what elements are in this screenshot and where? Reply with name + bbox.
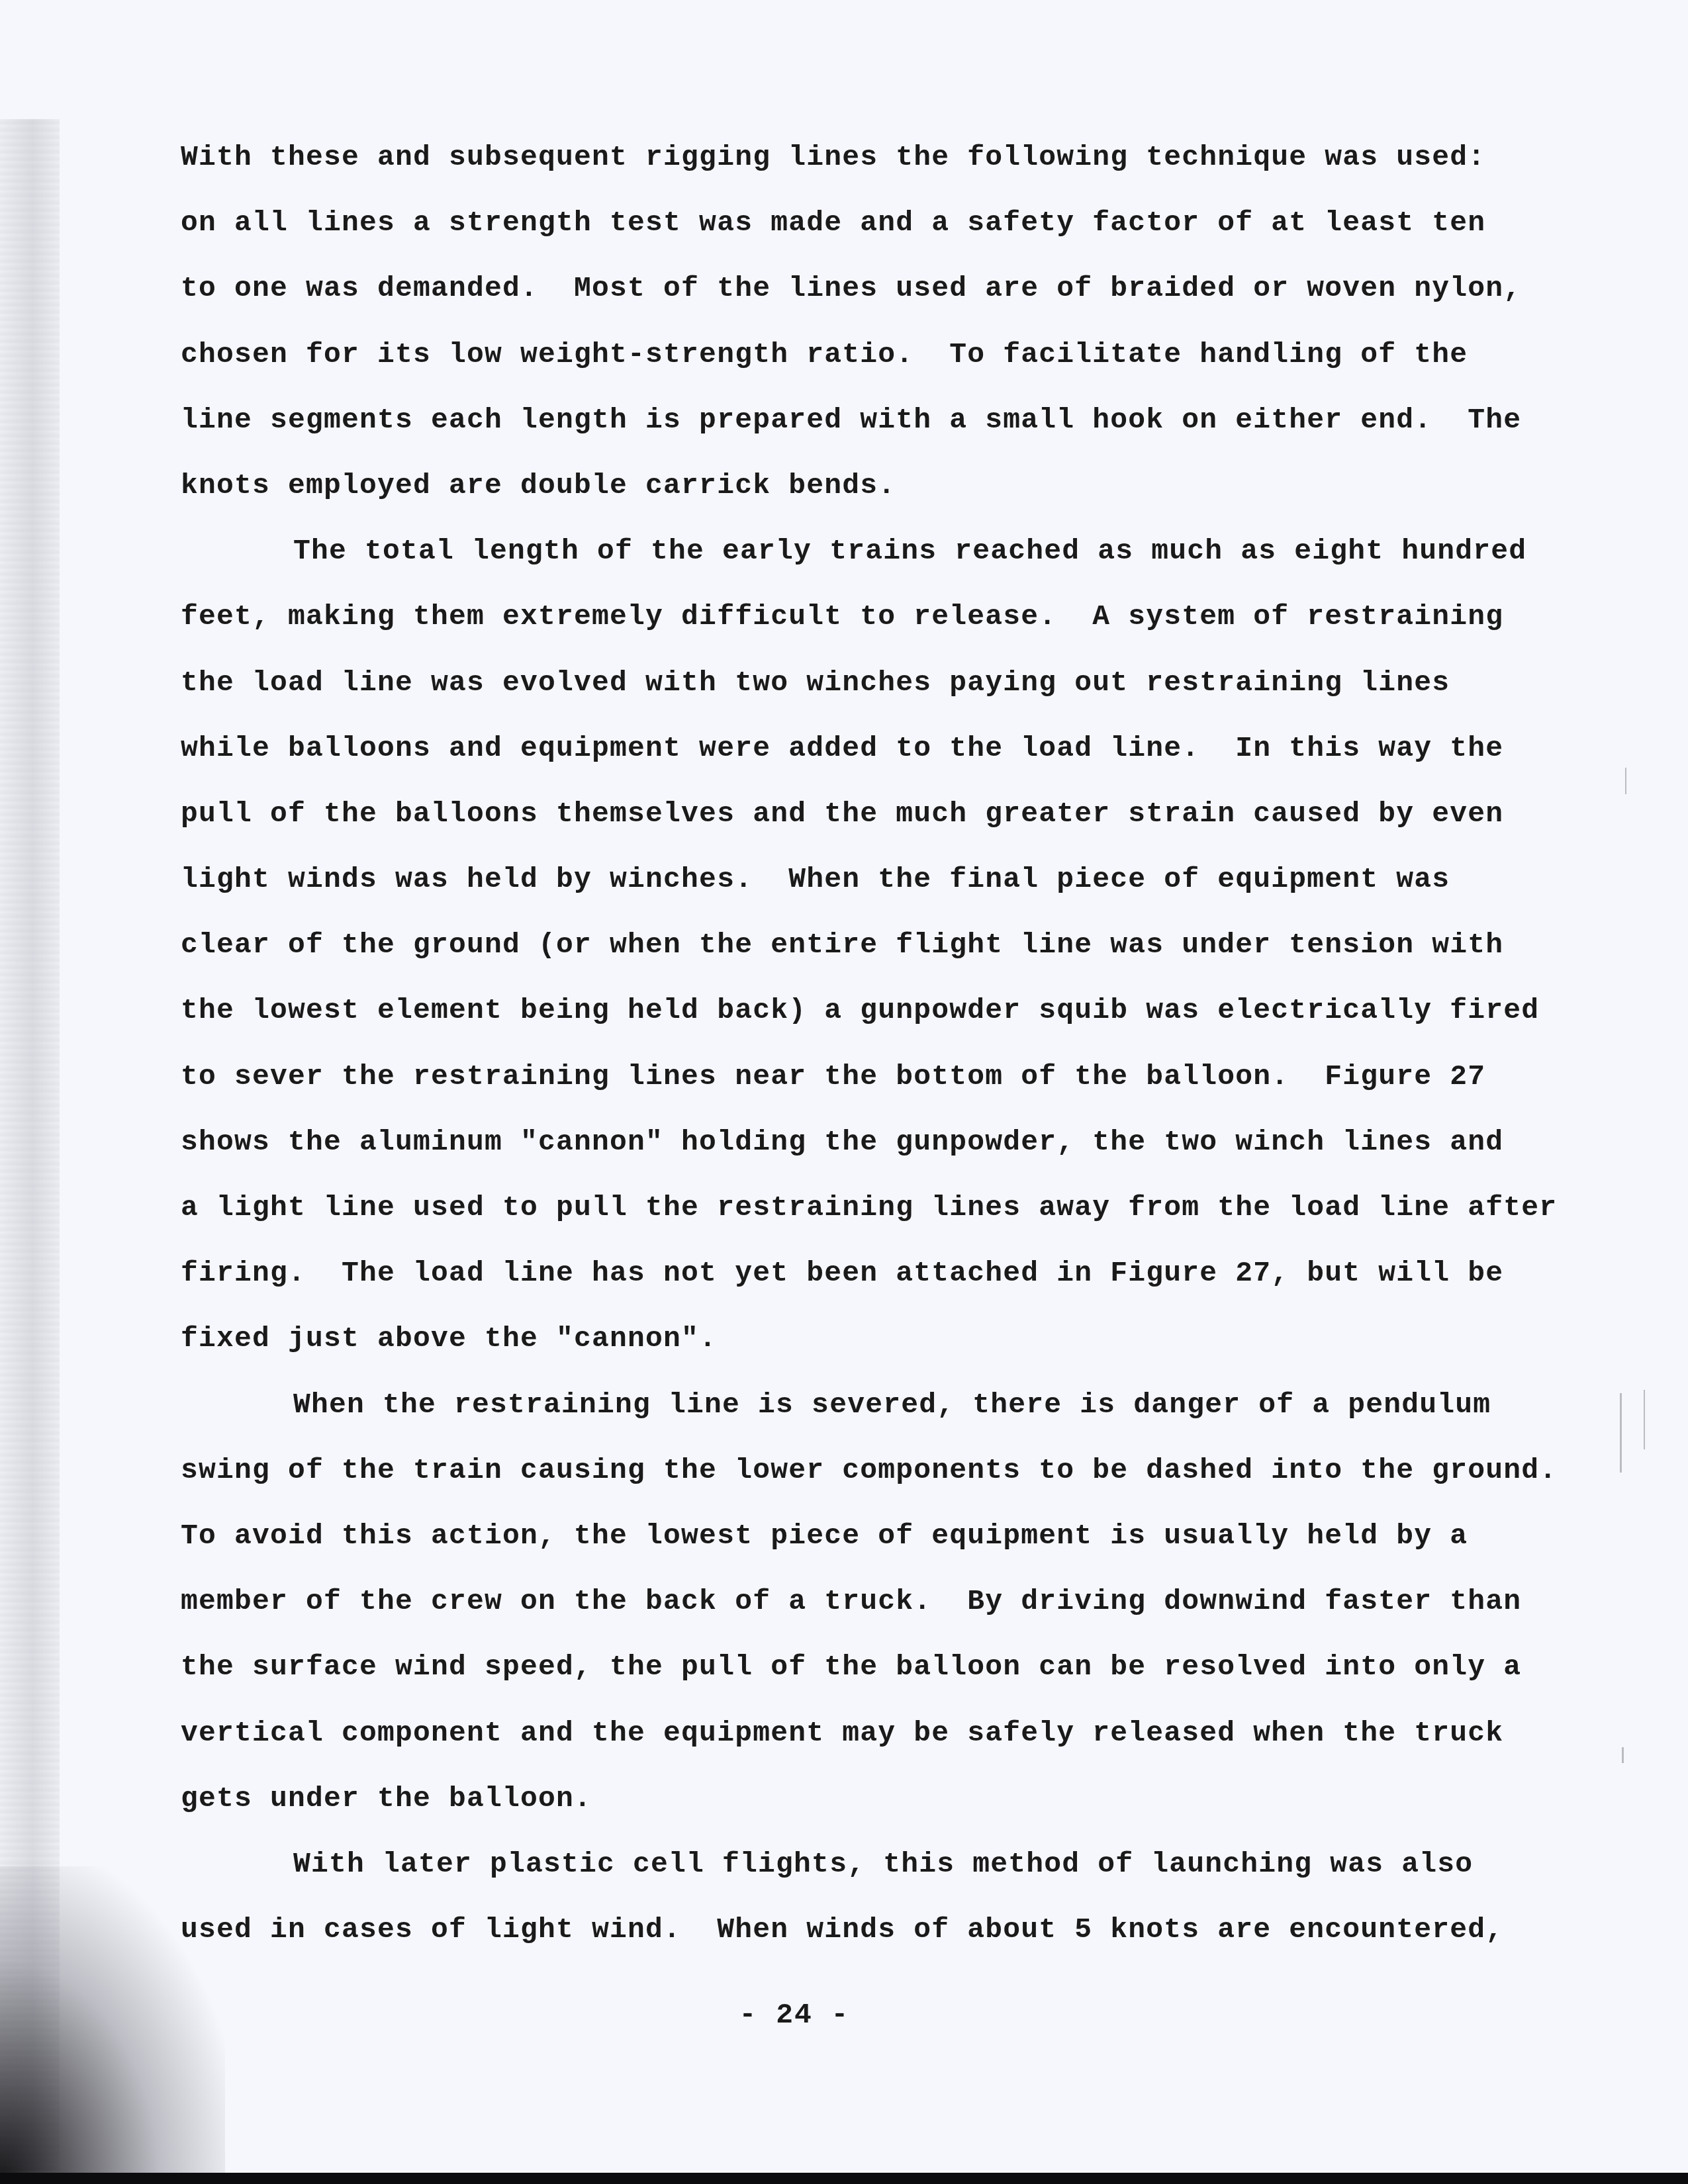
scan-edge-mark	[1622, 1747, 1624, 1763]
document-page: With these and subsequent rigging lines …	[0, 0, 1688, 2184]
text-line: the surface wind speed, the pull of the …	[181, 1634, 1505, 1700]
text-line: on all lines a strength test was made an…	[181, 190, 1505, 255]
text-line: light winds was held by winches. When th…	[181, 846, 1505, 912]
text-line: a light line used to pull the restrainin…	[181, 1175, 1505, 1240]
text-line: When the restraining line is severed, th…	[181, 1372, 1505, 1437]
text-line: clear of the ground (or when the entire …	[181, 912, 1505, 978]
text-line: pull of the balloons themselves and the …	[181, 781, 1505, 846]
text-line: The total length of the early trains rea…	[181, 518, 1505, 584]
text-line: line segments each length is prepared wi…	[181, 387, 1505, 453]
text-line: used in cases of light wind. When winds …	[181, 1897, 1505, 1962]
text-line: fixed just above the "cannon".	[181, 1306, 1505, 1371]
text-line: member of the crew on the back of a truc…	[181, 1569, 1505, 1634]
paragraph: When the restraining line is severed, th…	[181, 1372, 1505, 1831]
scan-edge-mark	[1620, 1393, 1622, 1473]
page-number: - 24 -	[0, 1999, 1688, 2031]
text-line: swing of the train causing the lower com…	[181, 1437, 1505, 1503]
text-line: to sever the restraining lines near the …	[181, 1044, 1505, 1109]
text-line: knots employed are double carrick bends.	[181, 453, 1505, 518]
paragraph: With these and subsequent rigging lines …	[181, 124, 1505, 518]
scan-binding-shadow	[0, 119, 60, 2171]
text-line: the load line was evolved with two winch…	[181, 650, 1505, 715]
text-line: chosen for its low weight-strength ratio…	[181, 322, 1505, 387]
text-line: to one was demanded. Most of the lines u…	[181, 255, 1505, 321]
text-line: feet, making them extremely difficult to…	[181, 584, 1505, 649]
text-line: With later plastic cell flights, this me…	[181, 1831, 1505, 1897]
text-line: firing. The load line has not yet been a…	[181, 1240, 1505, 1306]
text-line: With these and subsequent rigging lines …	[181, 124, 1505, 190]
paragraph: The total length of the early trains rea…	[181, 518, 1505, 1371]
paragraph: With later plastic cell flights, this me…	[181, 1831, 1505, 1962]
text-line: the lowest element being held back) a gu…	[181, 978, 1505, 1043]
text-line: gets under the balloon.	[181, 1766, 1505, 1831]
scan-edge-mark	[1625, 768, 1626, 794]
text-line: vertical component and the equipment may…	[181, 1700, 1505, 1766]
scan-edge-mark	[1644, 1390, 1645, 1449]
text-line: shows the aluminum "cannon" holding the …	[181, 1109, 1505, 1175]
body-text: With these and subsequent rigging lines …	[181, 124, 1505, 1962]
text-line: while balloons and equipment were added …	[181, 715, 1505, 781]
text-line: To avoid this action, the lowest piece o…	[181, 1503, 1505, 1569]
scan-bottom-edge	[0, 2173, 1688, 2184]
